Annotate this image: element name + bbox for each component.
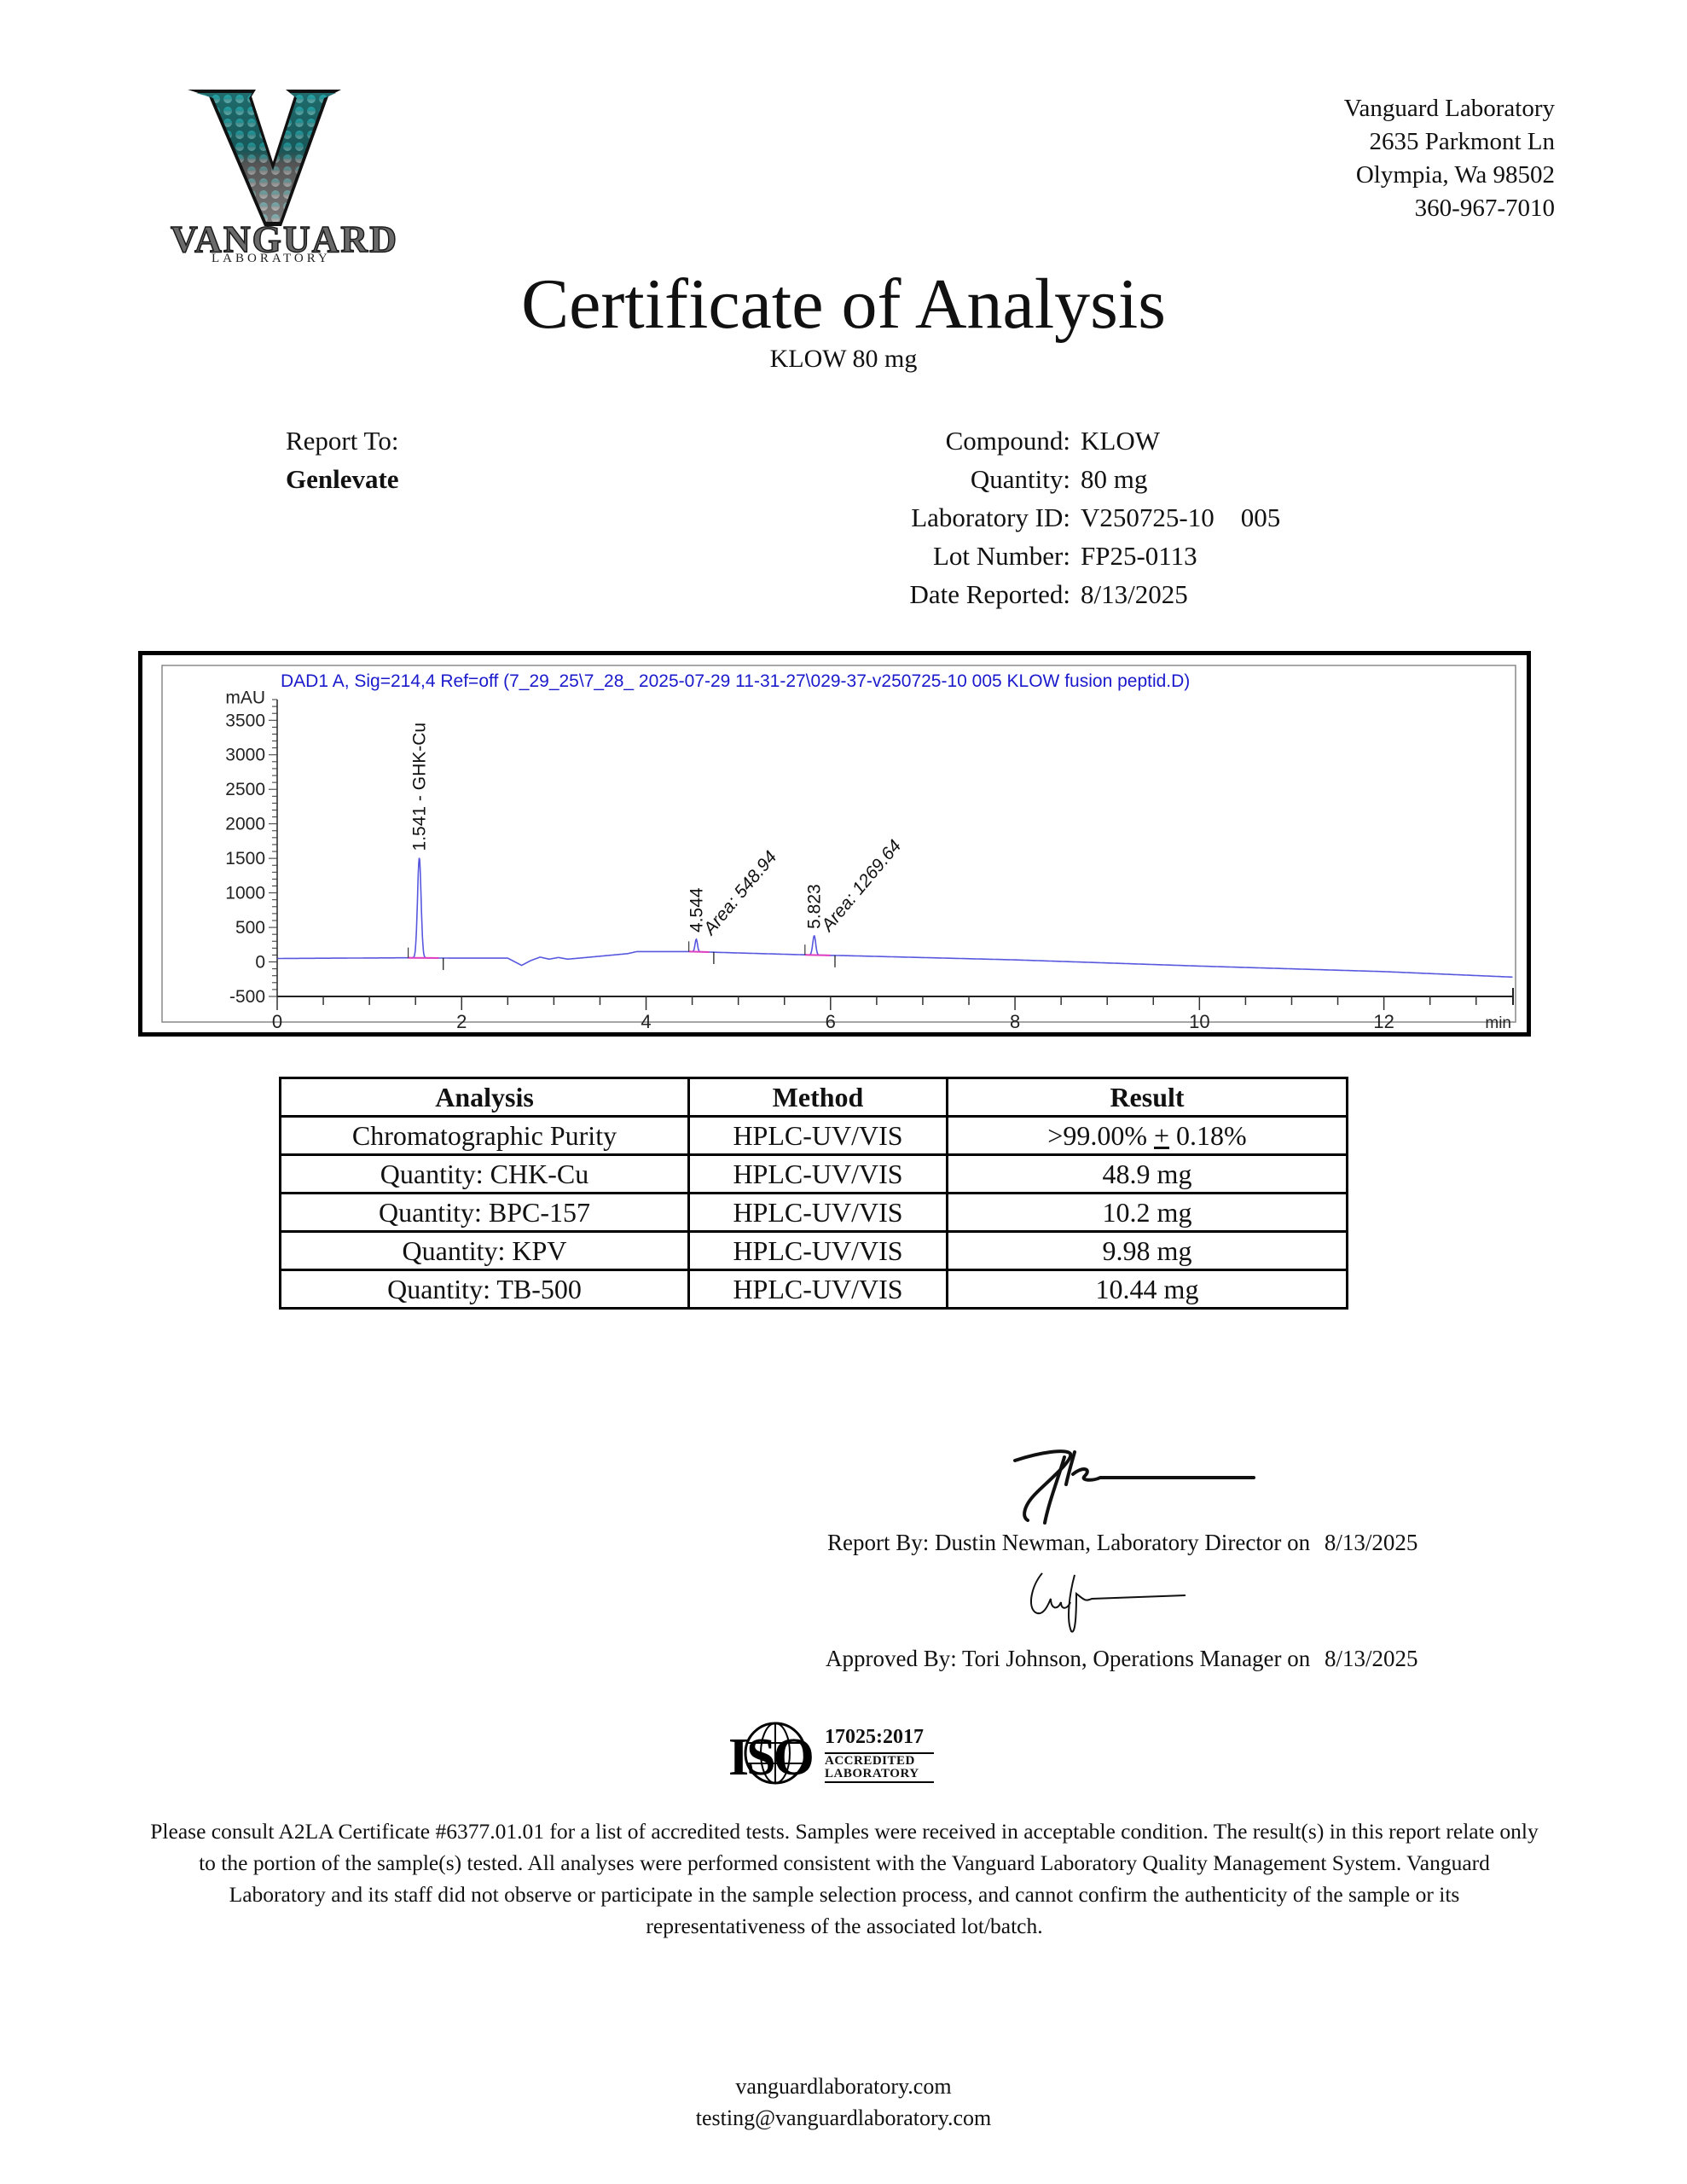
iso-standard: 17025:2017 — [825, 1726, 924, 1749]
footer-website[interactable]: vanguardlaboratory.com — [0, 2071, 1687, 2102]
table-row: Chromatographic Purity HPLC-UV/VIS >99.0… — [281, 1117, 1348, 1155]
cell-result: 9.98 mg — [948, 1232, 1348, 1270]
table-row: Quantity: BPC-157 HPLC-UV/VIS 10.2 mg — [281, 1194, 1348, 1232]
address-phone: 360-967-7010 — [1344, 192, 1555, 225]
cell-method: HPLC-UV/VIS — [689, 1232, 948, 1270]
report-by-line: Report By: Dustin Newman, Laboratory Dir… — [827, 1530, 1417, 1556]
svg-text:10: 10 — [1189, 1011, 1209, 1032]
chromatogram-plot: DAD1 A, Sig=214,4 Ref=off (7_29_25\7_28_… — [142, 655, 1527, 1032]
info-label: Date Reported: — [853, 575, 1081, 613]
cell-result: >99.00% + 0.18% — [948, 1117, 1348, 1155]
footer-email[interactable]: testing@vanguardlaboratory.com — [0, 2102, 1687, 2134]
results-table: Analysis Method Result Chromatographic P… — [279, 1077, 1348, 1310]
report-by-text: Report By: Dustin Newman, Laboratory Dir… — [827, 1530, 1310, 1555]
cell-analysis: Quantity: CHK-Cu — [281, 1155, 689, 1194]
address-line: 2635 Parkmont Ln — [1344, 125, 1555, 159]
info-value: 8/13/2025 — [1081, 575, 1188, 613]
info-row-quantity: Quantity:80 mg — [853, 460, 1280, 498]
director-signature-icon — [998, 1442, 1271, 1536]
svg-text:12: 12 — [1373, 1011, 1394, 1032]
cell-result: 10.44 mg — [948, 1270, 1348, 1309]
cell-method: HPLC-UV/VIS — [689, 1117, 948, 1155]
lab-address: Vanguard Laboratory 2635 Parkmont Ln Oly… — [1344, 92, 1555, 225]
report-to: Report To: Genlevate — [286, 421, 399, 498]
iso-mark: ISO — [728, 1728, 812, 1788]
plus-minus-symbol: + — [1154, 1120, 1169, 1151]
svg-text:4: 4 — [641, 1011, 651, 1032]
cell-result: 48.9 mg — [948, 1155, 1348, 1194]
cell-method: HPLC-UV/VIS — [689, 1270, 948, 1309]
table-row: Quantity: TB-500 HPLC-UV/VIS 10.44 mg — [281, 1270, 1348, 1309]
approved-by-date: 8/13/2025 — [1325, 1646, 1418, 1671]
info-row-lot: Lot Number:FP25-0113 — [853, 537, 1280, 575]
cell-analysis: Quantity: BPC-157 — [281, 1194, 689, 1232]
svg-text:3000: 3000 — [225, 746, 265, 765]
svg-text:0: 0 — [255, 953, 265, 973]
header-result: Result — [948, 1078, 1348, 1117]
cell-method: HPLC-UV/VIS — [689, 1194, 948, 1232]
sample-info: Compound:KLOW Quantity:80 mg Laboratory … — [853, 421, 1280, 613]
document-title: Certificate of Analysis — [0, 266, 1687, 343]
cell-analysis: Quantity: TB-500 — [281, 1270, 689, 1309]
info-row-lab-id: Laboratory ID:V250725-10 005 — [853, 498, 1280, 537]
cell-analysis: Quantity: KPV — [281, 1232, 689, 1270]
info-label: Lot Number: — [853, 537, 1081, 575]
disclaimer-text: Please consult A2LA Certificate #6377.01… — [149, 1815, 1539, 1942]
info-value: FP25-0113 — [1081, 537, 1197, 575]
report-by-date: 8/13/2025 — [1325, 1530, 1418, 1555]
table-row: Quantity: KPV HPLC-UV/VIS 9.98 mg — [281, 1232, 1348, 1270]
info-label: Quantity: — [853, 460, 1081, 498]
info-label: Compound: — [853, 421, 1081, 460]
cell-analysis: Chromatographic Purity — [281, 1117, 689, 1155]
report-to-label: Report To: — [286, 421, 399, 460]
svg-text:500: 500 — [235, 918, 265, 938]
svg-text:-500: -500 — [229, 987, 265, 1007]
info-row-date: Date Reported:8/13/2025 — [853, 575, 1280, 613]
svg-text:0: 0 — [272, 1011, 282, 1032]
svg-text:6: 6 — [826, 1011, 836, 1032]
svg-text:mAU: mAU — [225, 688, 265, 707]
info-label: Laboratory ID: — [853, 498, 1081, 537]
header-analysis: Analysis — [281, 1078, 689, 1117]
cell-result: 10.2 mg — [948, 1194, 1348, 1232]
info-value: 80 mg — [1081, 460, 1147, 498]
manager-signature-icon — [1023, 1568, 1211, 1636]
document-subtitle: KLOW 80 mg — [0, 345, 1687, 374]
footer: vanguardlaboratory.com testing@vanguardl… — [0, 2071, 1687, 2134]
address-line: Vanguard Laboratory — [1344, 92, 1555, 125]
approved-by-line: Approved By: Tori Johnson, Operations Ma… — [826, 1646, 1418, 1672]
svg-text:3500: 3500 — [225, 711, 265, 730]
svg-text:2500: 2500 — [225, 780, 265, 799]
v-logo-icon — [162, 81, 384, 226]
table-header-row: Analysis Method Result — [281, 1078, 1348, 1117]
chromatogram: DAD1 A, Sig=214,4 Ref=off (7_29_25\7_28_… — [138, 651, 1531, 1037]
svg-text:1500: 1500 — [225, 849, 265, 868]
info-value: KLOW — [1081, 421, 1160, 460]
svg-text:1.541 - GHK-Cu: 1.541 - GHK-Cu — [410, 723, 430, 851]
svg-text:8: 8 — [1010, 1011, 1020, 1032]
logo-subtext: LABORATORY — [212, 252, 331, 266]
vanguard-logo: VANGUARD LABORATORY — [162, 81, 384, 264]
svg-text:Area: 1269.64: Area: 1269.64 — [817, 836, 906, 936]
approved-by-text: Approved By: Tori Johnson, Operations Ma… — [826, 1646, 1310, 1671]
svg-text:2000: 2000 — [225, 815, 265, 834]
iso-accreditation-badge: ISO 17025:2017 ACCREDITED LABORATORY — [725, 1719, 930, 1787]
svg-text:2: 2 — [456, 1011, 467, 1032]
client-name: Genlevate — [286, 460, 399, 498]
address-line: Olympia, Wa 98502 — [1344, 159, 1555, 192]
svg-text:min: min — [1485, 1014, 1511, 1032]
header-method: Method — [689, 1078, 948, 1117]
svg-text:DAD1 A, Sig=214,4 Ref=off (7_2: DAD1 A, Sig=214,4 Ref=off (7_29_25\7_28_… — [281, 671, 1190, 691]
iso-line2: LABORATORY — [825, 1767, 934, 1783]
table-row: Quantity: CHK-Cu HPLC-UV/VIS 48.9 mg — [281, 1155, 1348, 1194]
info-value: V250725-10 005 — [1081, 498, 1280, 537]
cell-method: HPLC-UV/VIS — [689, 1155, 948, 1194]
svg-text:Area: 548.94: Area: 548.94 — [699, 847, 780, 939]
svg-text:1000: 1000 — [225, 884, 265, 903]
info-row-compound: Compound:KLOW — [853, 421, 1280, 460]
